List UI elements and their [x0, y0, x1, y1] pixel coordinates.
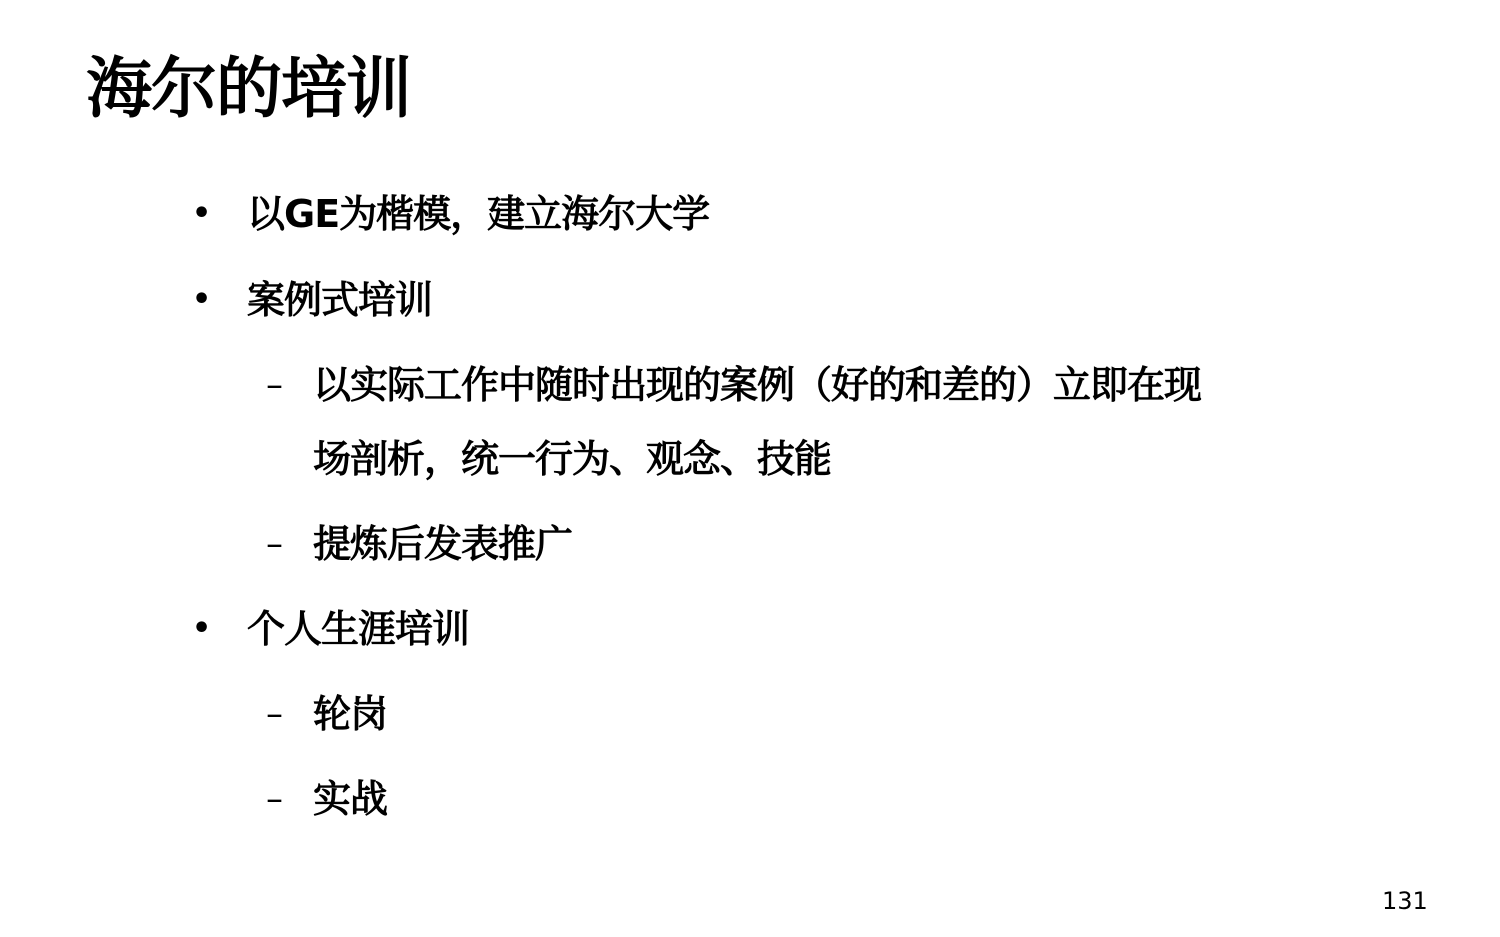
sub-bullet-case-analysis-line-2: 场剖析，统一行为、观念、技能	[313, 434, 831, 484]
sub-bullet-job-rotation: 轮岗	[313, 689, 387, 739]
sub-bullet-marker: –	[266, 689, 283, 739]
bullet-marker: •	[192, 275, 211, 325]
bullet-item-case-training: 案例式培训	[247, 275, 432, 325]
sub-bullet-practical: 实战	[313, 774, 387, 824]
sub-bullet-marker: –	[266, 360, 283, 410]
bullet-marker: •	[192, 189, 211, 239]
sub-bullet-marker: –	[266, 519, 283, 569]
bullet-item-ge-university: 以GE为楷模，建立海尔大学	[247, 189, 709, 239]
bullet-list: • 以GE为楷模，建立海尔大学 • 案例式培训 – 以实际工作中随时出现的案例（…	[0, 0, 1500, 937]
page-number: 131	[1382, 886, 1428, 916]
bullet-item-career-training: 个人生涯培训	[247, 604, 469, 654]
sub-bullet-publish-promote: 提炼后发表推广	[313, 519, 572, 569]
sub-bullet-marker: –	[266, 774, 283, 824]
bullet-marker: •	[192, 604, 211, 654]
sub-bullet-case-analysis-line-1: 以实际工作中随时出现的案例（好的和差的）立即在现	[313, 360, 1201, 410]
